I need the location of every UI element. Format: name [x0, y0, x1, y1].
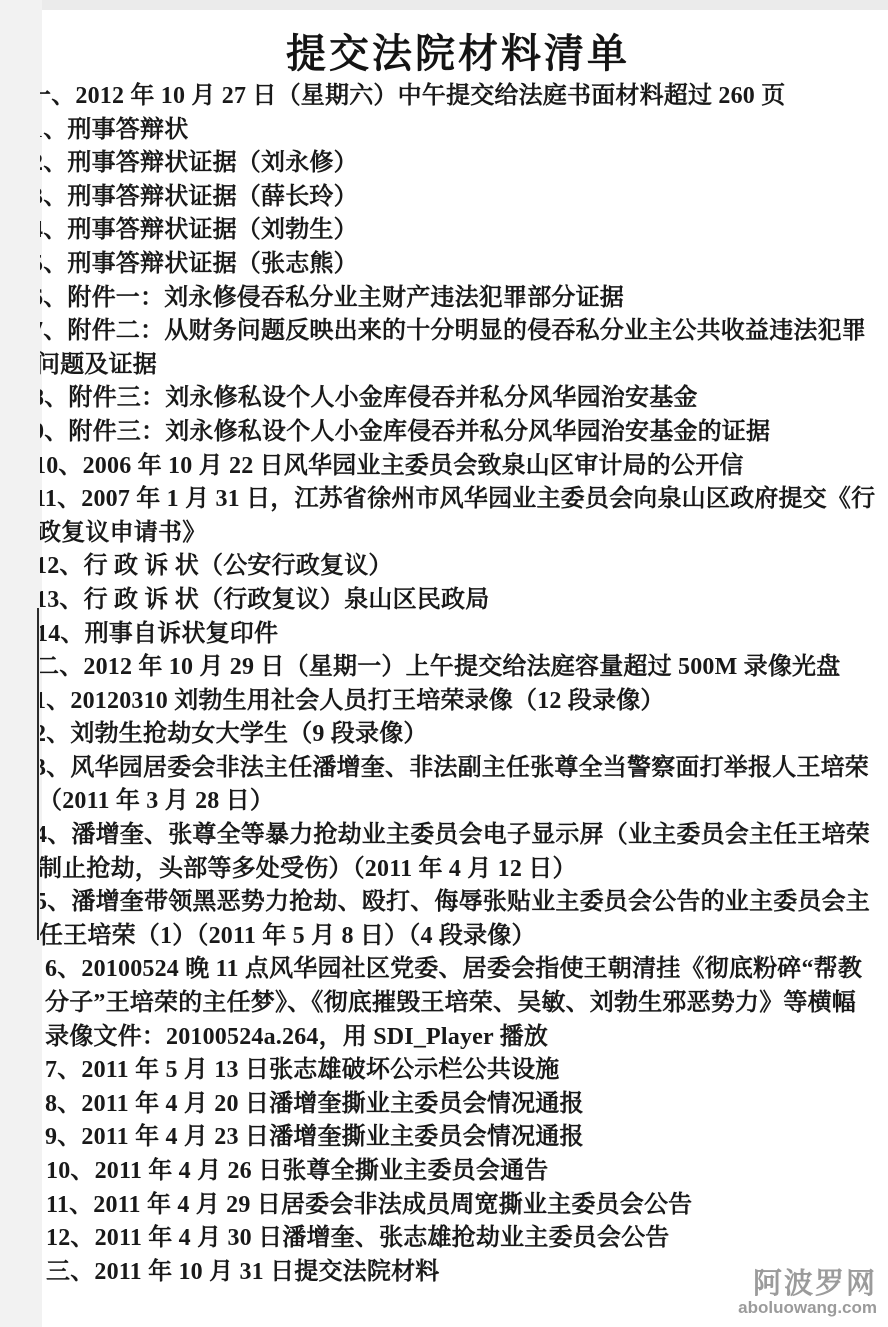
document-line: 13、行 政 诉 状（行政复议）泉山区民政局 — [40, 584, 880, 618]
scan-edge-left-artifact — [0, 0, 42, 1327]
document-line: 1、刑事答辩状 — [40, 114, 880, 148]
document-line: 5、刑事答辩状证据（张志熊） — [40, 248, 880, 282]
document-line: 6、20100524 晚 11 点风华园社区党委、居委会指使王朝清挂《彻底粉碎“… — [45, 953, 880, 987]
document-line: 8、附件三：刘永修私设个人小金库侵吞并私分风华园治安基金 — [40, 382, 880, 416]
document-line: 录像文件：20100524a.264，用 SDI_Player 播放 — [45, 1021, 880, 1055]
document-line: 7、2011 年 5 月 13 日张志雄破坏公示栏公共设施 — [45, 1054, 880, 1088]
document-line: 2、刘勃生抢劫女大学生（9 段录像） — [40, 718, 880, 752]
document-line: 11、2007 年 1 月 31 日，江苏省徐州市风华园业主委员会向泉山区政府提… — [40, 483, 880, 517]
document-line: 1、20120310 刘勃生用社会人员打王培荣录像（12 段录像） — [40, 685, 880, 719]
document-line: 6、附件一：刘永修侵吞私分业主财产违法犯罪部分证据 — [40, 282, 880, 316]
document-line: 任王培荣（1）（2011 年 5 月 8 日）（4 段录像） — [40, 920, 880, 954]
page-title: 提交法院材料清单 — [28, 22, 888, 79]
document-line: 2、刑事答辩状证据（刘永修） — [40, 147, 880, 181]
document-line: 3、刑事答辩状证据（薛长玲） — [40, 181, 880, 215]
scanned-document-page: 提交法院材料清单 一、2012 年 10 月 27 日（星期六）中午提交给法庭书… — [0, 0, 888, 1327]
document-line: （2011 年 3 月 28 日） — [40, 785, 880, 819]
document-line: 一、2012 年 10 月 27 日（星期六）中午提交给法庭书面材料超过 260… — [40, 80, 880, 114]
document-line: 4、潘增奎、张尊全等暴力抢劫业主委员会电子显示屏（业主委员会主任王培荣 — [40, 819, 880, 853]
document-line: 9、附件三：刘永修私设个人小金库侵吞并私分风华园治安基金的证据 — [40, 416, 880, 450]
watermark-site-url: aboluowang.com — [738, 1299, 877, 1317]
document-line: 二、2012 年 10 月 29 日（星期一）上午提交给法庭容量超过 500M … — [40, 651, 880, 685]
document-line: 政复议申请书》 — [40, 517, 880, 551]
document-line: 9、2011 年 4 月 23 日潘增奎撕业主委员会情况通报 — [45, 1121, 880, 1155]
watermark-site-name: 阿波罗网 — [738, 1269, 877, 1299]
watermark: 阿波罗网 aboluowang.com — [738, 1269, 877, 1317]
document-line: 5、潘增奎带领黑恶势力抢劫、殴打、侮辱张贴业主委员会公告的业主委员会主 — [40, 886, 880, 920]
document-line: 3、风华园居委会非法主任潘增奎、非法副主任张尊全当警察面打举报人王培荣 — [40, 752, 880, 786]
document-line: 问题及证据 — [40, 349, 880, 383]
document-line: 11、2011 年 4 月 29 日居委会非法成员周宽撕业主委员会公告 — [46, 1189, 880, 1223]
document-line: 10、2006 年 10 月 22 日风华园业主委员会致泉山区审计局的公开信 — [40, 450, 880, 484]
document-line: 分子”王培荣的主任梦》、《彻底摧毁王培荣、吴敏、刘勃生邪恶势力》等横幅 — [45, 987, 880, 1021]
document-line: 7、附件二：从财务问题反映出来的十分明显的侵吞私分业主公共收益违法犯罪 — [40, 315, 880, 349]
document-line: 14、刑事自诉状复印件 — [40, 618, 880, 652]
document-line: 12、行 政 诉 状（公安行政复议） — [40, 550, 880, 584]
document-body: 一、2012 年 10 月 27 日（星期六）中午提交给法庭书面材料超过 260… — [40, 80, 880, 1292]
document-line: 8、2011 年 4 月 20 日潘增奎撕业主委员会情况通报 — [45, 1088, 880, 1122]
document-line: 4、刑事答辩状证据（刘勃生） — [40, 214, 880, 248]
document-line: 12、2011 年 4 月 30 日潘增奎、张志雄抢劫业主委员会公告 — [46, 1222, 880, 1256]
scan-edge-top-artifact — [0, 0, 888, 10]
document-line: 10、2011 年 4 月 26 日张尊全撕业主委员会通告 — [46, 1155, 880, 1189]
scan-crease-line-artifact — [37, 608, 39, 940]
document-line: 制止抢劫，头部等多处受伤）（2011 年 4 月 12 日） — [40, 853, 880, 887]
